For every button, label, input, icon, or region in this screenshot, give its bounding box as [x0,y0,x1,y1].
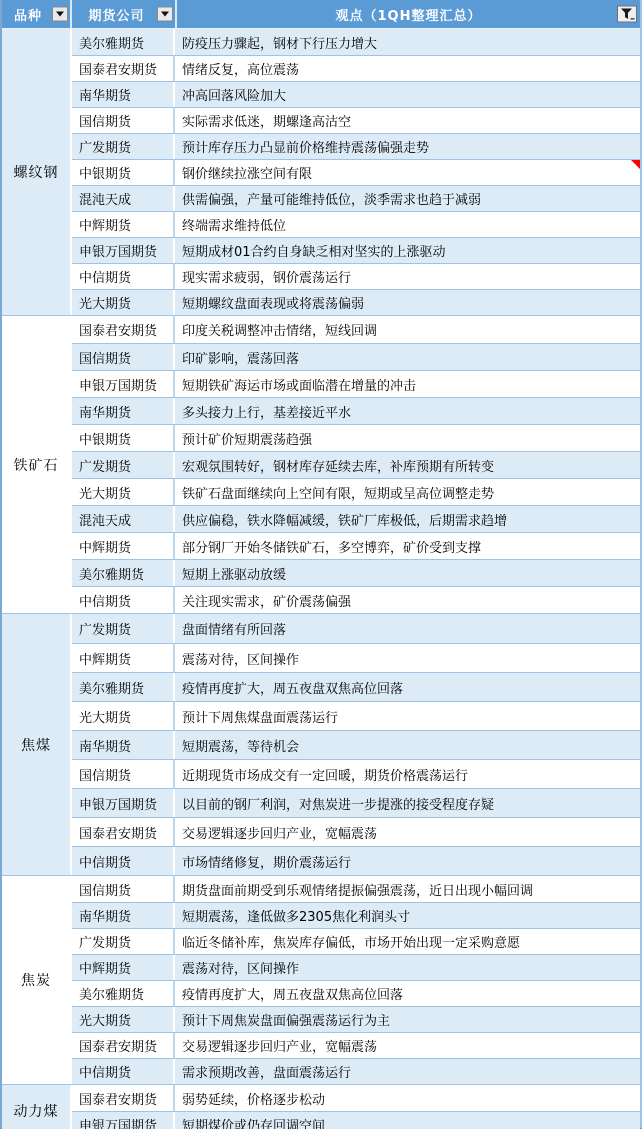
section-iron-ore: 铁矿石国泰君安期货印度关税调整冲击情绪，短线回调国信期货印矿影响，震荡回落申银万… [2,315,640,613]
viewpoint-cell[interactable]: 防疫压力骤起，钢材下行压力增大 [175,29,640,55]
viewpoint-cell[interactable]: 铁矿石盘面继续向上空间有限，短期或呈高位调整走势 [175,479,640,505]
table-row: 国信期货实际需求低迷，期螺逢高沽空 [72,107,640,133]
table-body: 螺纹钢美尔雅期货防疫压力骤起，钢材下行压力增大国泰君安期货情绪反复，高位震荡南华… [2,29,640,1129]
viewpoint-cell[interactable]: 短期螺纹盘面表现或将震荡偏弱 [175,290,640,315]
table-row: 申银万国期货短期煤价或仍存回调空间 [72,1111,640,1129]
viewpoint-cell[interactable]: 震荡对待，区间操作 [175,955,640,980]
company-cell[interactable]: 国泰君安期货 [72,1085,175,1111]
viewpoint-cell[interactable]: 冲高回落风险加大 [175,82,640,107]
table-row: 美尔雅期货疫情再度扩大，周五夜盘双焦高位回落 [72,980,640,1006]
viewpoint-cell[interactable]: 实际需求低迷，期螺逢高沽空 [175,108,640,133]
company-cell[interactable]: 广发期货 [72,452,175,478]
viewpoint-cell[interactable]: 印矿影响，震荡回落 [175,344,640,370]
section-rows: 国信期货期货盘面前期受到乐观情绪提振偏强震荡，近日出现小幅回调南华期货短期震荡，… [72,876,640,1084]
company-cell[interactable]: 混沌天成 [72,186,175,211]
viewpoint-cell[interactable]: 预计下周焦煤盘面震荡运行 [175,702,640,730]
category-cell-rebar[interactable]: 螺纹钢 [2,29,72,315]
company-cell[interactable]: 光大期货 [72,1007,175,1032]
viewpoint-cell[interactable]: 短期铁矿海运市场或面临潜在增量的冲击 [175,371,640,397]
comment-marker-icon [631,160,640,169]
table-row: 光大期货预计下周焦煤盘面震荡运行 [72,701,640,730]
table-row: 国泰君安期货印度关税调整冲击情绪，短线回调 [72,316,640,343]
table-row: 中银期货预计矿价短期震荡趋强 [72,424,640,451]
company-cell[interactable]: 中银期货 [72,160,175,185]
company-cell[interactable]: 南华期货 [72,398,175,424]
header-row: 品种 期货公司 观点（1QH整理汇总） [2,0,640,29]
table-row: 南华期货多头接力上行，基差接近平水 [72,397,640,424]
viewpoint-cell[interactable]: 疫情再度扩大，周五夜盘双焦高位回落 [175,673,640,701]
viewpoint-cell[interactable]: 预计矿价短期震荡趋强 [175,425,640,451]
company-cell[interactable]: 申银万国期货 [72,1112,175,1129]
table-row: 广发期货盘面情绪有所回落 [72,614,640,643]
company-cell[interactable]: 美尔雅期货 [72,673,175,701]
viewpoint-cell[interactable]: 短期煤价或仍存回调空间 [175,1112,640,1129]
viewpoint-cell[interactable]: 宏观氛围转好，钢材库存延续去库，补库预期有所转变 [175,452,640,478]
table-row: 中信期货现实需求疲弱，钢价震荡运行 [72,263,640,289]
section-rows: 广发期货盘面情绪有所回落中辉期货震荡对待，区间操作美尔雅期货疫情再度扩大，周五夜… [72,614,640,875]
company-cell[interactable]: 中辉期货 [72,644,175,672]
company-cell[interactable]: 国泰君安期货 [72,56,175,81]
table-row: 国信期货近期现货市场成交有一定回暖，期货价格震荡运行 [72,759,640,788]
viewpoint-cell[interactable]: 现实需求疲弱，钢价震荡运行 [175,264,640,289]
company-cell[interactable]: 国泰君安期货 [72,818,175,846]
viewpoint-cell[interactable]: 交易逻辑逐步回归产业，宽幅震荡 [175,1033,640,1058]
category-cell-iron-ore[interactable]: 铁矿石 [2,316,72,613]
viewpoint-cell[interactable]: 多头接力上行，基差接近平水 [175,398,640,424]
table-row: 中信期货需求预期改善，盘面震荡运行 [72,1058,640,1084]
company-cell[interactable]: 申银万国期货 [72,371,175,397]
company-cell[interactable]: 中辉期货 [72,533,175,559]
company-cell[interactable]: 国信期货 [72,108,175,133]
company-cell[interactable]: 申银万国期货 [72,789,175,817]
table-row: 美尔雅期货短期上涨驱动放缓 [72,559,640,586]
viewpoint-cell[interactable]: 钢价继续拉涨空间有限 [175,160,640,185]
company-cell[interactable]: 南华期货 [72,903,175,928]
viewpoint-cell[interactable]: 盘面情绪有所回落 [175,614,640,643]
company-cell[interactable]: 国信期货 [72,876,175,902]
company-cell[interactable]: 中银期货 [72,425,175,451]
viewpoint-cell[interactable]: 以目前的钢厂利润，对焦炭进一步提涨的接受程度存疑 [175,789,640,817]
company-cell[interactable]: 广发期货 [72,134,175,159]
viewpoint-cell[interactable]: 预计下周焦炭盘面偏强震荡运行为主 [175,1007,640,1032]
table-row: 国信期货期货盘面前期受到乐观情绪提振偏强震荡，近日出现小幅回调 [72,876,640,902]
company-cell[interactable]: 国泰君安期货 [72,1033,175,1058]
company-cell[interactable]: 中辉期货 [72,212,175,237]
table-row: 中辉期货部分钢厂开始冬储铁矿石，多空博弈，矿价受到支撑 [72,532,640,559]
company-cell[interactable]: 国信期货 [72,344,175,370]
variety-header-label: 品种 [14,5,42,24]
company-cell[interactable]: 光大期货 [72,290,175,315]
company-cell[interactable]: 光大期货 [72,479,175,505]
section-coke: 焦炭国信期货期货盘面前期受到乐观情绪提振偏强震荡，近日出现小幅回调南华期货短期震… [2,875,640,1084]
company-cell[interactable]: 申银万国期货 [72,238,175,263]
table-row: 美尔雅期货防疫压力骤起，钢材下行压力增大 [72,29,640,55]
variety-filter-button[interactable] [52,7,68,22]
section-thermal-coal: 动力煤国泰君安期货弱势延续，价格逐步松动申银万国期货短期煤价或仍存回调空间 [2,1084,640,1129]
column-header-variety[interactable]: 品种 [2,0,72,28]
viewpoint-cell[interactable]: 短期震荡，逢低做多2305焦化利润头寸 [175,903,640,928]
company-cell[interactable]: 广发期货 [72,929,175,954]
section-rows: 美尔雅期货防疫压力骤起，钢材下行压力增大国泰君安期货情绪反复，高位震荡南华期货冲… [72,29,640,315]
viewpoint-cell[interactable]: 震荡对待，区间操作 [175,644,640,672]
viewpoint-cell[interactable]: 预计库存压力凸显前价格维持震荡偏强走势 [175,134,640,159]
viewpoint-cell[interactable]: 期货盘面前期受到乐观情绪提振偏强震荡，近日出现小幅回调 [175,876,640,902]
table-row: 国泰君安期货交易逻辑逐步回归产业，宽幅震荡 [72,817,640,846]
viewpoint-cell[interactable]: 需求预期改善，盘面震荡运行 [175,1059,640,1084]
viewpoint-cell[interactable]: 关注现实需求，矿价震荡偏强 [175,587,640,613]
company-cell[interactable]: 混沌天成 [72,506,175,532]
table-row: 中辉期货震荡对待，区间操作 [72,643,640,672]
views-header-label: 观点（1QH整理汇总） [336,5,482,24]
views-filter-button[interactable] [617,6,637,23]
viewpoint-cell[interactable]: 交易逻辑逐步回归产业，宽幅震荡 [175,818,640,846]
table-row: 国信期货印矿影响，震荡回落 [72,343,640,370]
table-row: 申银万国期货以目前的钢厂利润，对焦炭进一步提涨的接受程度存疑 [72,788,640,817]
company-cell[interactable]: 国泰君安期货 [72,316,175,343]
column-header-views[interactable]: 观点（1QH整理汇总） [177,0,640,28]
dropdown-arrow-icon [56,12,64,17]
futures-views-table: 品种 期货公司 观点（1QH整理汇总） 螺纹钢美尔雅期货防疫压力骤起，钢材下行压… [0,0,642,1129]
company-cell[interactable]: 美尔雅期货 [72,560,175,586]
viewpoint-cell[interactable]: 弱势延续，价格逐步松动 [175,1085,640,1111]
viewpoint-cell[interactable]: 供应偏稳，铁水降幅减缓，铁矿厂库极低，后期需求趋增 [175,506,640,532]
table-row: 混沌天成供需偏强，产量可能维持低位，淡季需求也趋于减弱 [72,185,640,211]
table-row: 美尔雅期货疫情再度扩大，周五夜盘双焦高位回落 [72,672,640,701]
table-row: 广发期货预计库存压力凸显前价格维持震荡偏强走势 [72,133,640,159]
viewpoint-cell[interactable]: 市场情绪修复，期价震荡运行 [175,847,640,875]
viewpoint-cell[interactable]: 终端需求维持低位 [175,212,640,237]
viewpoint-cell[interactable]: 疫情再度扩大，周五夜盘双焦高位回落 [175,981,640,1006]
table-row: 中辉期货终端需求维持低位 [72,211,640,237]
company-cell[interactable]: 中信期货 [72,847,175,875]
company-cell[interactable]: 美尔雅期货 [72,29,175,55]
viewpoint-cell[interactable]: 印度关税调整冲击情绪，短线回调 [175,316,640,343]
table-row: 国泰君安期货情绪反复，高位震荡 [72,55,640,81]
company-cell[interactable]: 中辉期货 [72,955,175,980]
company-cell[interactable]: 美尔雅期货 [72,981,175,1006]
company-cell[interactable]: 中信期货 [72,587,175,613]
company-cell[interactable]: 中信期货 [72,1059,175,1084]
viewpoint-cell[interactable]: 情绪反复，高位震荡 [175,56,640,81]
section-rows: 国泰君安期货弱势延续，价格逐步松动申银万国期货短期煤价或仍存回调空间 [72,1085,640,1129]
funnel-filter-icon [620,8,635,21]
company-cell[interactable]: 南华期货 [72,731,175,759]
table-row: 申银万国期货短期铁矿海运市场或面临潜在增量的冲击 [72,370,640,397]
table-row: 中辉期货震荡对待，区间操作 [72,954,640,980]
table-row: 混沌天成供应偏稳，铁水降幅减缓，铁矿厂库极低，后期需求趋增 [72,505,640,532]
table-row: 国泰君安期货交易逻辑逐步回归产业，宽幅震荡 [72,1032,640,1058]
section-rows: 国泰君安期货印度关税调整冲击情绪，短线回调国信期货印矿影响，震荡回落申银万国期货… [72,316,640,613]
company-header-label: 期货公司 [88,5,144,24]
viewpoint-cell[interactable]: 供需偏强，产量可能维持低位，淡季需求也趋于减弱 [175,186,640,211]
viewpoint-cell[interactable]: 部分钢厂开始冬储铁矿石，多空博弈，矿价受到支撑 [175,533,640,559]
company-cell[interactable]: 光大期货 [72,702,175,730]
table-row: 申银万国期货短期成材01合约自身缺乏相对坚实的上涨驱动 [72,237,640,263]
viewpoint-cell[interactable]: 近期现货市场成交有一定回暖，期货价格震荡运行 [175,760,640,788]
section-rebar: 螺纹钢美尔雅期货防疫压力骤起，钢材下行压力增大国泰君安期货情绪反复，高位震荡南华… [2,29,640,315]
company-cell[interactable]: 国信期货 [72,760,175,788]
table-row: 南华期货冲高回落风险加大 [72,81,640,107]
table-row: 中信期货关注现实需求，矿价震荡偏强 [72,586,640,613]
company-filter-button[interactable] [157,7,173,22]
viewpoint-cell[interactable]: 临近冬储补库，焦炭库存偏低，市场开始出现一定采购意愿 [175,929,640,954]
company-cell[interactable]: 中信期货 [72,264,175,289]
viewpoint-cell[interactable]: 短期成材01合约自身缺乏相对坚实的上涨驱动 [175,238,640,263]
company-cell[interactable]: 南华期货 [72,82,175,107]
section-coking-coal: 焦煤广发期货盘面情绪有所回落中辉期货震荡对待，区间操作美尔雅期货疫情再度扩大，周… [2,613,640,875]
viewpoint-cell[interactable]: 短期上涨驱动放缓 [175,560,640,586]
column-header-company[interactable]: 期货公司 [72,0,177,28]
table-row: 广发期货临近冬储补库，焦炭库存偏低，市场开始出现一定采购意愿 [72,928,640,954]
dropdown-arrow-icon [161,12,169,17]
category-cell-thermal-coal[interactable]: 动力煤 [2,1085,72,1129]
table-row: 广发期货宏观氛围转好，钢材库存延续去库，补库预期有所转变 [72,451,640,478]
table-row: 中银期货钢价继续拉涨空间有限 [72,159,640,185]
category-cell-coking-coal[interactable]: 焦煤 [2,614,72,875]
company-cell[interactable]: 广发期货 [72,614,175,643]
table-row: 光大期货铁矿石盘面继续向上空间有限，短期或呈高位调整走势 [72,478,640,505]
table-row: 光大期货预计下周焦炭盘面偏强震荡运行为主 [72,1006,640,1032]
viewpoint-cell[interactable]: 短期震荡，等待机会 [175,731,640,759]
table-row: 南华期货短期震荡，逢低做多2305焦化利润头寸 [72,902,640,928]
category-cell-coke[interactable]: 焦炭 [2,876,72,1084]
table-row: 中信期货市场情绪修复，期价震荡运行 [72,846,640,875]
table-row: 国泰君安期货弱势延续，价格逐步松动 [72,1085,640,1111]
table-row: 光大期货短期螺纹盘面表现或将震荡偏弱 [72,289,640,315]
table-row: 南华期货短期震荡，等待机会 [72,730,640,759]
